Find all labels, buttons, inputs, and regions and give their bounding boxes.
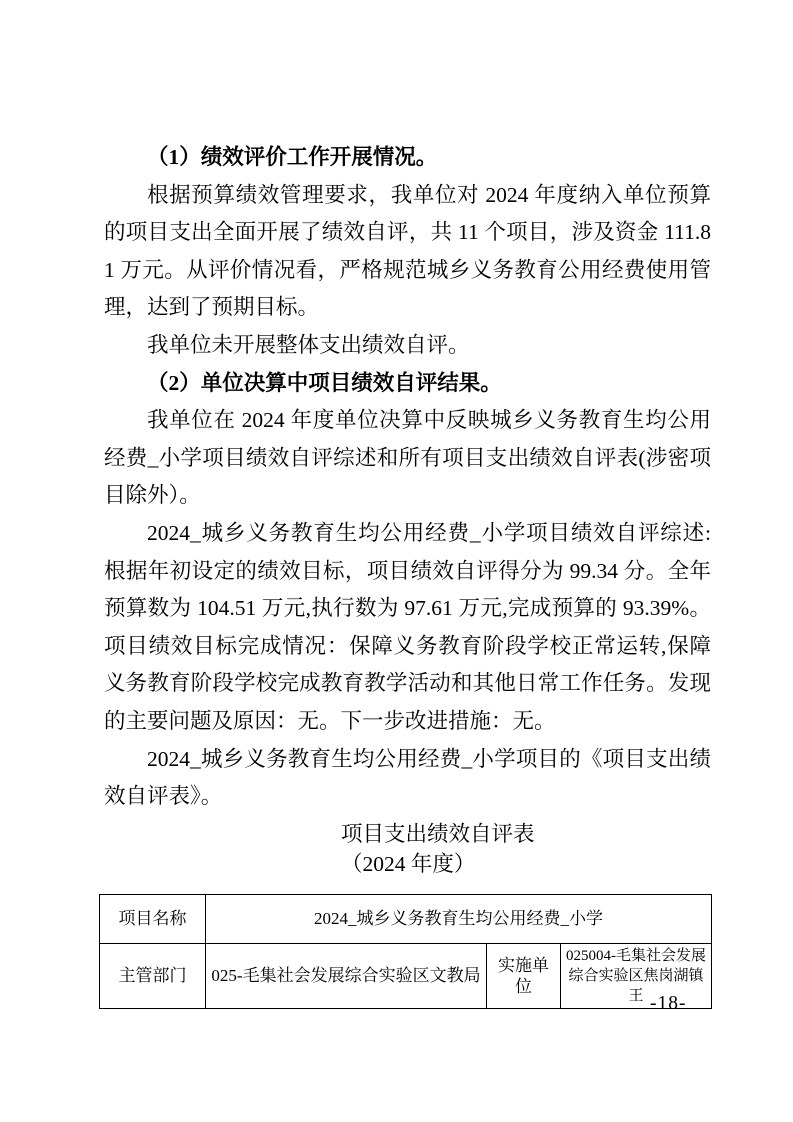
table-subtitle: （2024 年度） bbox=[341, 849, 711, 879]
paragraph-self-eval-table-reference: 2024_城乡义务教育生均公用经费_小学项目的《项目支出绩效自评表》。 bbox=[104, 741, 711, 816]
cell-supervising-dept-value: 025-毛集社会发展综合实验区文教局 bbox=[206, 943, 487, 1008]
table-title-block: 项目支出绩效自评表 （2024 年度） bbox=[341, 819, 711, 879]
document-content: （1）绩效评价工作开展情况。 根据预算绩效管理要求，我单位对 2024 年度纳入… bbox=[104, 139, 711, 1009]
project-self-eval-table: 项目名称 2024_城乡义务教育生均公用经费_小学 主管部门 025-毛集社会发… bbox=[99, 894, 712, 1009]
paragraph-self-eval-summary: 2024_城乡义务教育生均公用经费_小学项目绩效自评综述:根据年初设定的绩效目标… bbox=[104, 515, 711, 741]
paragraph-no-overall-self-eval: 我单位未开展整体支出绩效自评。 bbox=[104, 327, 711, 365]
page-number: -18- bbox=[650, 993, 687, 1015]
document-page: （1）绩效评价工作开展情况。 根据预算绩效管理要求，我单位对 2024 年度纳入… bbox=[0, 0, 793, 1122]
cell-implementing-unit-value: 025004-毛集社会发展综合实验区焦岗湖镇王 bbox=[561, 943, 712, 1008]
cell-implementing-unit-label: 实施单位 bbox=[487, 943, 561, 1008]
table-title: 项目支出绩效自评表 bbox=[341, 819, 711, 849]
cell-supervising-dept-label: 主管部门 bbox=[100, 943, 206, 1008]
table-row-project-name: 项目名称 2024_城乡义务教育生均公用经费_小学 bbox=[100, 894, 712, 943]
table-row-departments: 主管部门 025-毛集社会发展综合实验区文教局 实施单位 025004-毛集社会… bbox=[100, 943, 712, 1008]
cell-project-name-label: 项目名称 bbox=[100, 894, 206, 943]
paragraph-evaluation-overview: 根据预算绩效管理要求，我单位对 2024 年度纳入单位预算的项目支出全面开展了绩… bbox=[104, 177, 711, 327]
section-heading-1: （1）绩效评价工作开展情况。 bbox=[104, 139, 711, 177]
paragraph-final-accounts-reflection: 我单位在 2024 年度单位决算中反映城乡义务教育生均公用经费_小学项目绩效自评… bbox=[104, 402, 711, 515]
section-heading-2: （2）单位决算中项目绩效自评结果。 bbox=[104, 365, 711, 403]
cell-project-name-value: 2024_城乡义务教育生均公用经费_小学 bbox=[206, 894, 712, 943]
